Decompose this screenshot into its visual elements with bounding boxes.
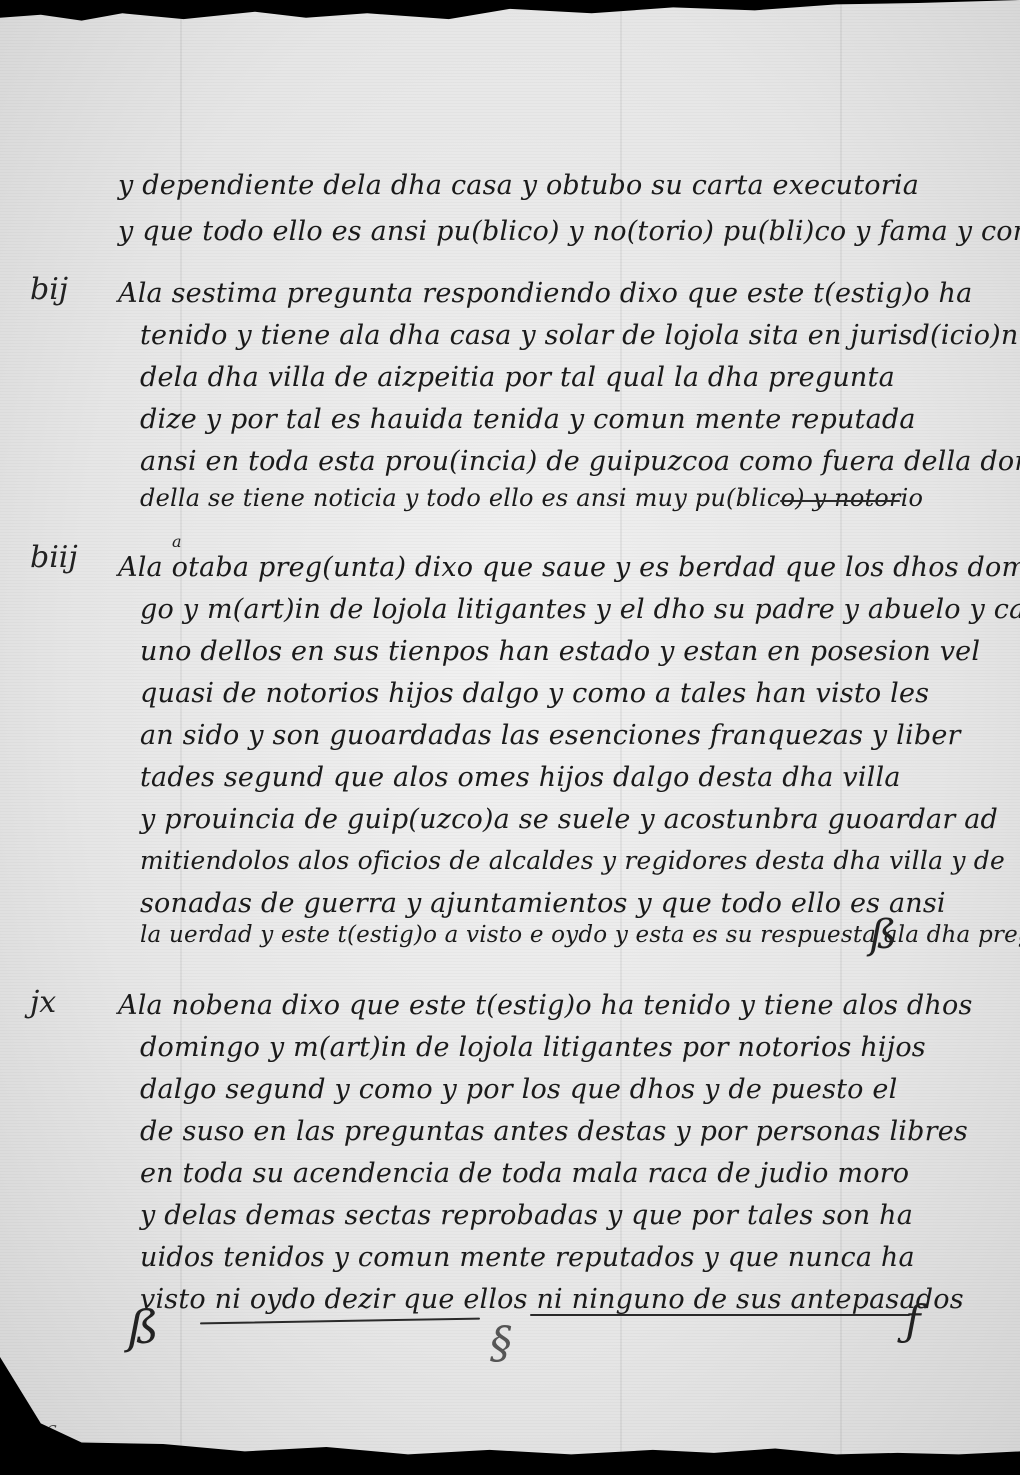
manuscript-line: uno dellos en sus tienpos han estado y e… (140, 636, 980, 667)
manuscript-line: go y m(art)in de lojola litigantes y el … (140, 594, 1020, 625)
manuscript-line: an sido y son guoardadas las esenciones … (140, 720, 961, 751)
manuscript-line: Ala sestima pregunta respondiendo dixo q… (118, 278, 972, 309)
superscript-mark: a (172, 532, 182, 551)
manuscript-line: mitiendolos alos oficios de alcaldes y r… (140, 846, 1005, 875)
manuscript-line: Ala otaba preg(unta) dixo que saue y es … (118, 552, 1020, 583)
manuscript-page: y dependiente dela dha casa y obtubo su … (0, 0, 1020, 1475)
manuscript-line: domingo y m(art)in de lojola litigantes … (140, 1032, 926, 1063)
manuscript-line: ansi en toda esta prou(incia) de guipuzc… (140, 446, 1020, 477)
manuscript-line: y prouincia de guip(uzco)a se suele y ac… (140, 804, 998, 835)
margin-number: bij (30, 272, 68, 307)
manuscript-line: quasi de notorios hijos dalgo y como a t… (140, 678, 929, 709)
folio-number: 36 (34, 1422, 57, 1443)
manuscript-line: Ala nobena dixo que este t(estig)o ha te… (118, 990, 973, 1021)
manuscript-line: uidos tenidos y comun mente reputados y … (140, 1242, 915, 1273)
manuscript-line: y que todo ello es ansi pu(blico) y no(t… (118, 216, 1020, 247)
closing-rule (200, 1318, 480, 1325)
manuscript-line: dela dha villa de aizpeitia por tal qual… (140, 362, 895, 393)
manuscript-line: tades segund que alos omes hijos dalgo d… (140, 762, 901, 793)
manuscript-line: de suso en las preguntas antes destas y … (140, 1116, 968, 1147)
closing-rule (530, 1314, 910, 1316)
closing-flourish: ƒ (905, 1296, 921, 1345)
manuscript-line: en toda su acendencia de toda mala raca … (140, 1158, 909, 1189)
line-filler-rule (780, 500, 900, 502)
manuscript-line: y dependiente dela dha casa y obtubo su … (118, 170, 919, 201)
manuscript-line: visto ni oydo dezir que ellos ni ninguno… (140, 1284, 964, 1315)
margin-number: jx (30, 985, 56, 1020)
manuscript-line: dalgo segund y como y por los que dhos y… (140, 1074, 897, 1105)
closing-paraph: § (490, 1318, 512, 1369)
manuscript-line: sonadas de guerra y ajuntamientos y que … (140, 888, 946, 919)
margin-number: biij (30, 540, 78, 575)
closing-flourish: ß (128, 1300, 159, 1354)
manuscript-line: tenido y tiene ala dha casa y solar de l… (140, 320, 1019, 351)
manuscript-line: y delas demas sectas reprobadas y que po… (140, 1200, 913, 1231)
manuscript-line: della se tiene noticia y todo ello es an… (140, 484, 923, 512)
manuscript-line: dize y por tal es hauida tenida y comun … (140, 404, 916, 435)
paraph-flourish: ß (870, 912, 897, 958)
